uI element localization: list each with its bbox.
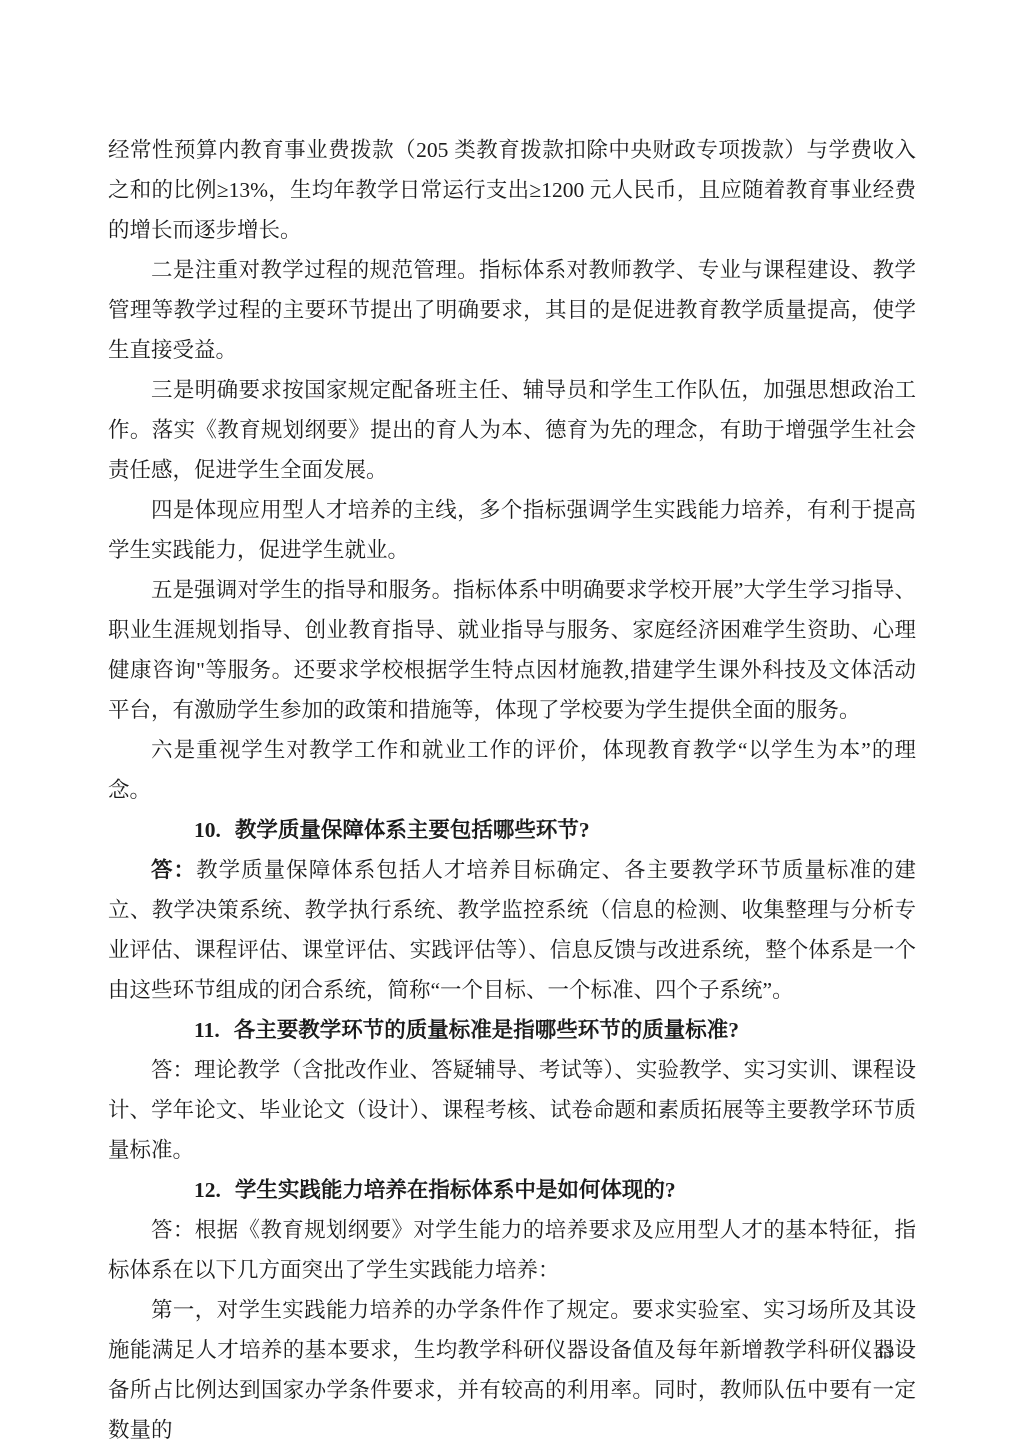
answer-label-10: 答： (151, 858, 196, 882)
question-title-12: 学生实践能力培养在指标体系中是如何体现的? (235, 1178, 676, 1202)
paragraph-first-point: 第一，对学生实践能力培养的办学条件作了规定。要求实验室、实习场所及其设施能满足人… (108, 1290, 916, 1447)
paragraph-point-5: 五是强调对学生的指导和服务。指标体系中明确要求学校开展”大学生学习指导、职业生涯… (108, 570, 916, 730)
answer-text-11: 理论教学（含批改作业、答疑辅导、考试等）、实验教学、实习实训、课程设计、学年论文… (108, 1058, 916, 1162)
answer-text-10: 教学质量保障体系包括人才培养目标确定、各主要教学环节质量标准的建立、教学决策系统… (108, 858, 916, 1002)
question-title-11: 各主要教学环节的质量标准是指哪些环节的质量标准? (234, 1018, 739, 1042)
answer-paragraph-12: 答：根据《教育规划纲要》对学生能力的培养要求及应用型人才的基本特征，指标体系在以… (108, 1210, 916, 1290)
answer-paragraph-10: 答：教学质量保障体系包括人才培养目标确定、各主要教学环节质量标准的建立、教学决策… (108, 850, 916, 1010)
paragraph-continuation: 经常性预算内教育事业费拨款（205 类教育拨款扣除中央财政专项拨款）与学费收入之… (108, 130, 916, 250)
paragraph-point-2: 二是注重对教学过程的规范管理。指标体系对教师教学、专业与课程建设、教学管理等教学… (108, 250, 916, 370)
question-title-10: 教学质量保障体系主要包括哪些环节? (235, 818, 590, 842)
page-body: 经常性预算内教育事业费拨款（205 类教育拨款扣除中央财政专项拨款）与学费收入之… (108, 130, 916, 1447)
answer-label-12: 答： (151, 1218, 195, 1242)
answer-label-11: 答： (151, 1058, 194, 1082)
answer-paragraph-11: 答：理论教学（含批改作业、答疑辅导、考试等）、实验教学、实习实训、课程设计、学年… (108, 1050, 916, 1170)
answer-text-12: 根据《教育规划纲要》对学生能力的培养要求及应用型人才的基本特征，指标体系在以下几… (108, 1218, 916, 1282)
question-number-10: 10. (151, 810, 221, 850)
paragraph-point-3: 三是明确要求按国家规定配备班主任、辅导员和学生工作队伍，加强思想政治工作。落实《… (108, 370, 916, 490)
document-page: 经常性预算内教育事业费拨款（205 类教育拨款扣除中央财政专项拨款）与学费收入之… (0, 0, 1024, 1447)
question-heading-10: 10.教学质量保障体系主要包括哪些环节? (108, 810, 916, 850)
question-number-12: 12. (151, 1170, 221, 1210)
paragraph-point-4: 四是体现应用型人才培养的主线，多个指标强调学生实践能力培养，有利于提高学生实践能… (108, 490, 916, 570)
question-heading-11: 11.各主要教学环节的质量标准是指哪些环节的质量标准? (108, 1010, 916, 1050)
question-heading-12: 12.学生实践能力培养在指标体系中是如何体现的? (108, 1170, 916, 1210)
paragraph-point-6: 六是重视学生对教学工作和就业工作的评价，体现教育教学“以学生为本”的理念。 (108, 730, 916, 810)
question-number-11: 11. (151, 1010, 220, 1050)
page-number: – 13 – (862, 1341, 911, 1363)
